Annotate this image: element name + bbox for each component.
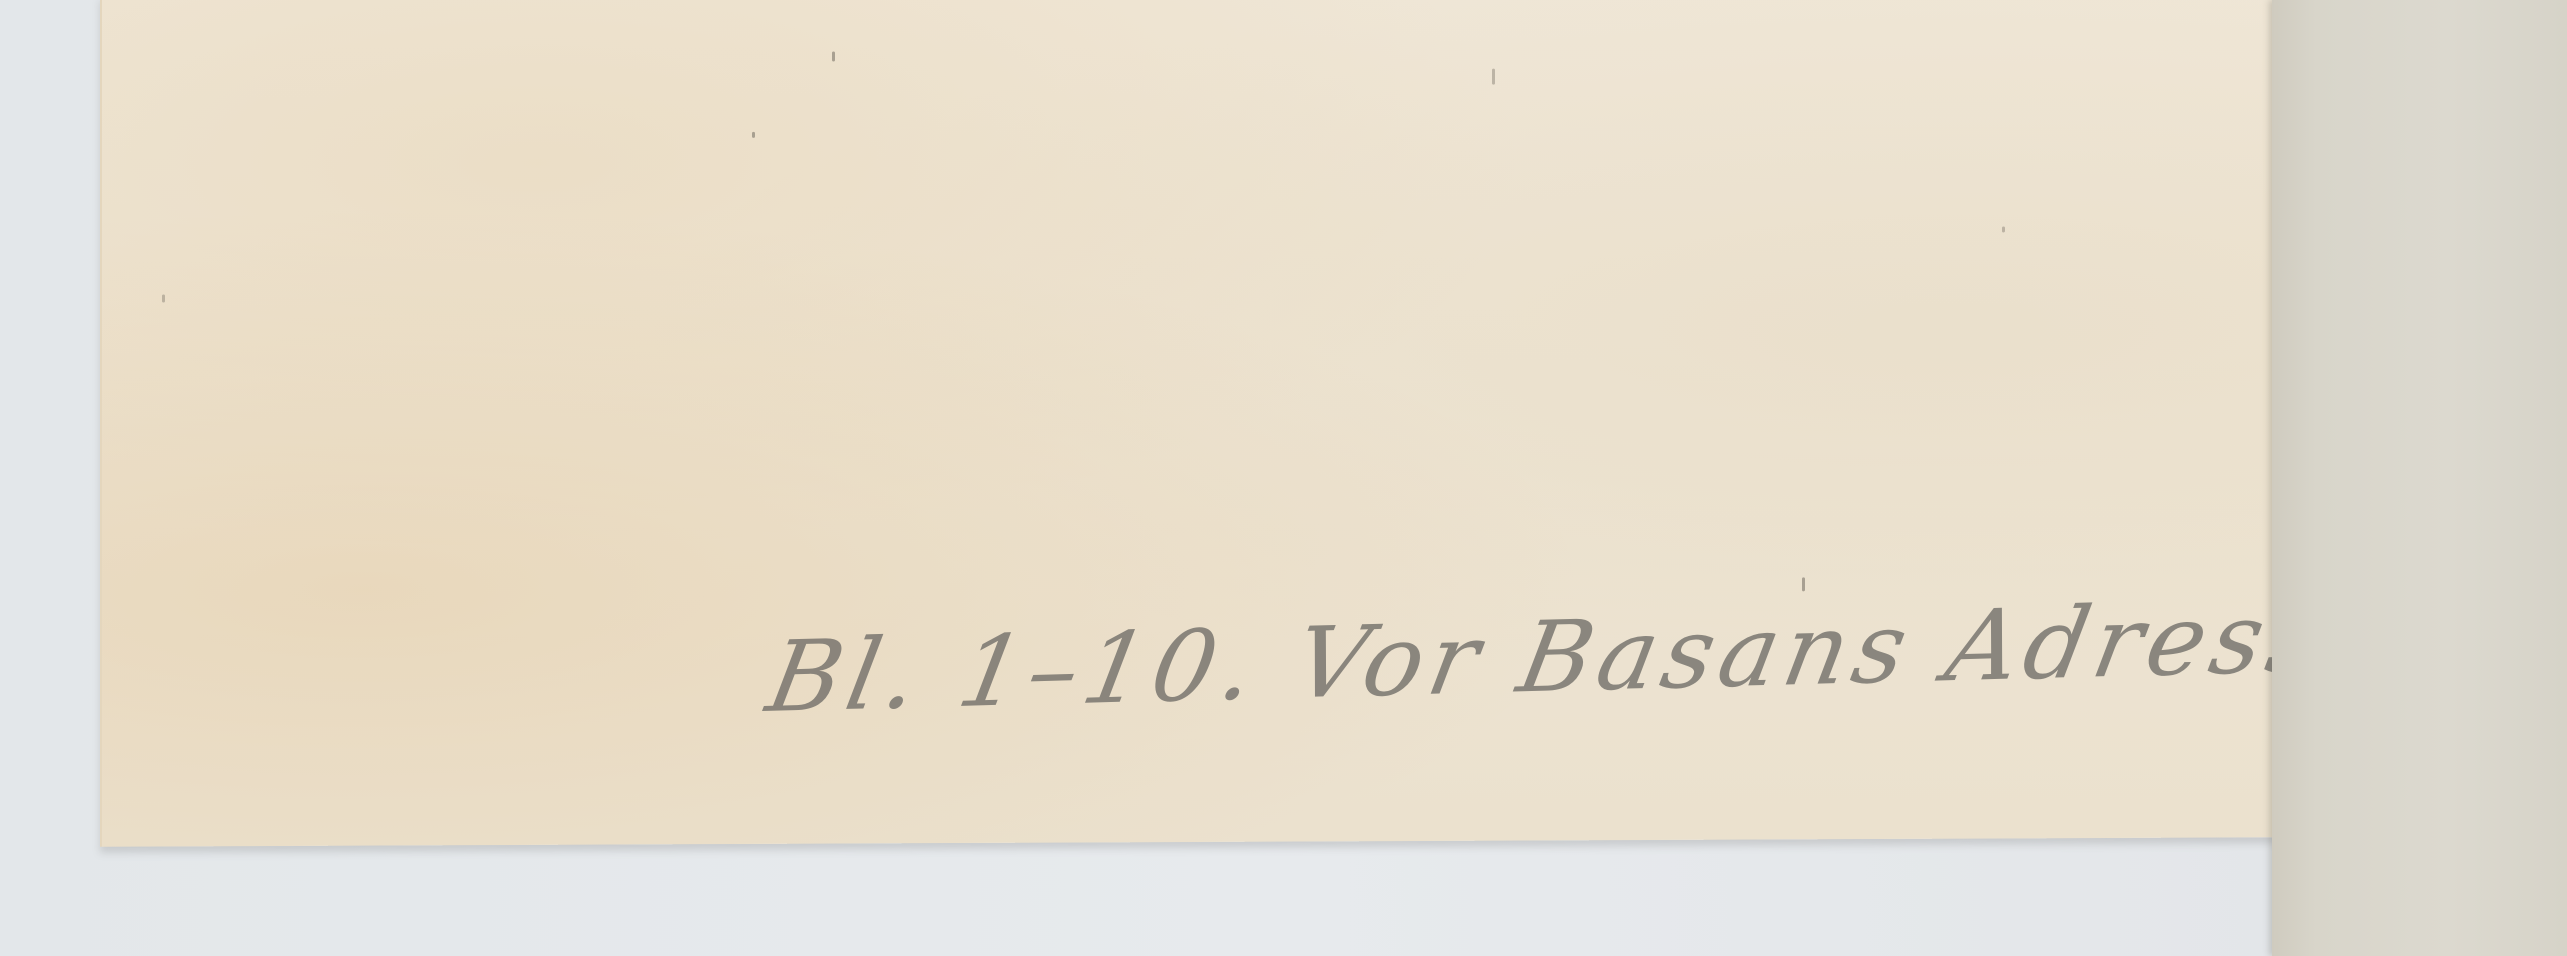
document-photo: Bl. 1–10. Vor Basans Adresse — [0, 0, 2567, 956]
paper-speck — [752, 132, 755, 138]
paper-speck — [832, 52, 835, 62]
annotation-text: Bl. 1–10. Vor Basans Adresse — [755, 600, 2285, 757]
paper-speck — [162, 294, 165, 302]
adjacent-page-edge — [2272, 0, 2567, 956]
handwritten-annotation: Bl. 1–10. Vor Basans Adresse — [755, 600, 2285, 800]
paper-speck — [1802, 577, 1805, 591]
paper-speck — [1492, 69, 1495, 85]
paper-speck — [2002, 226, 2005, 232]
